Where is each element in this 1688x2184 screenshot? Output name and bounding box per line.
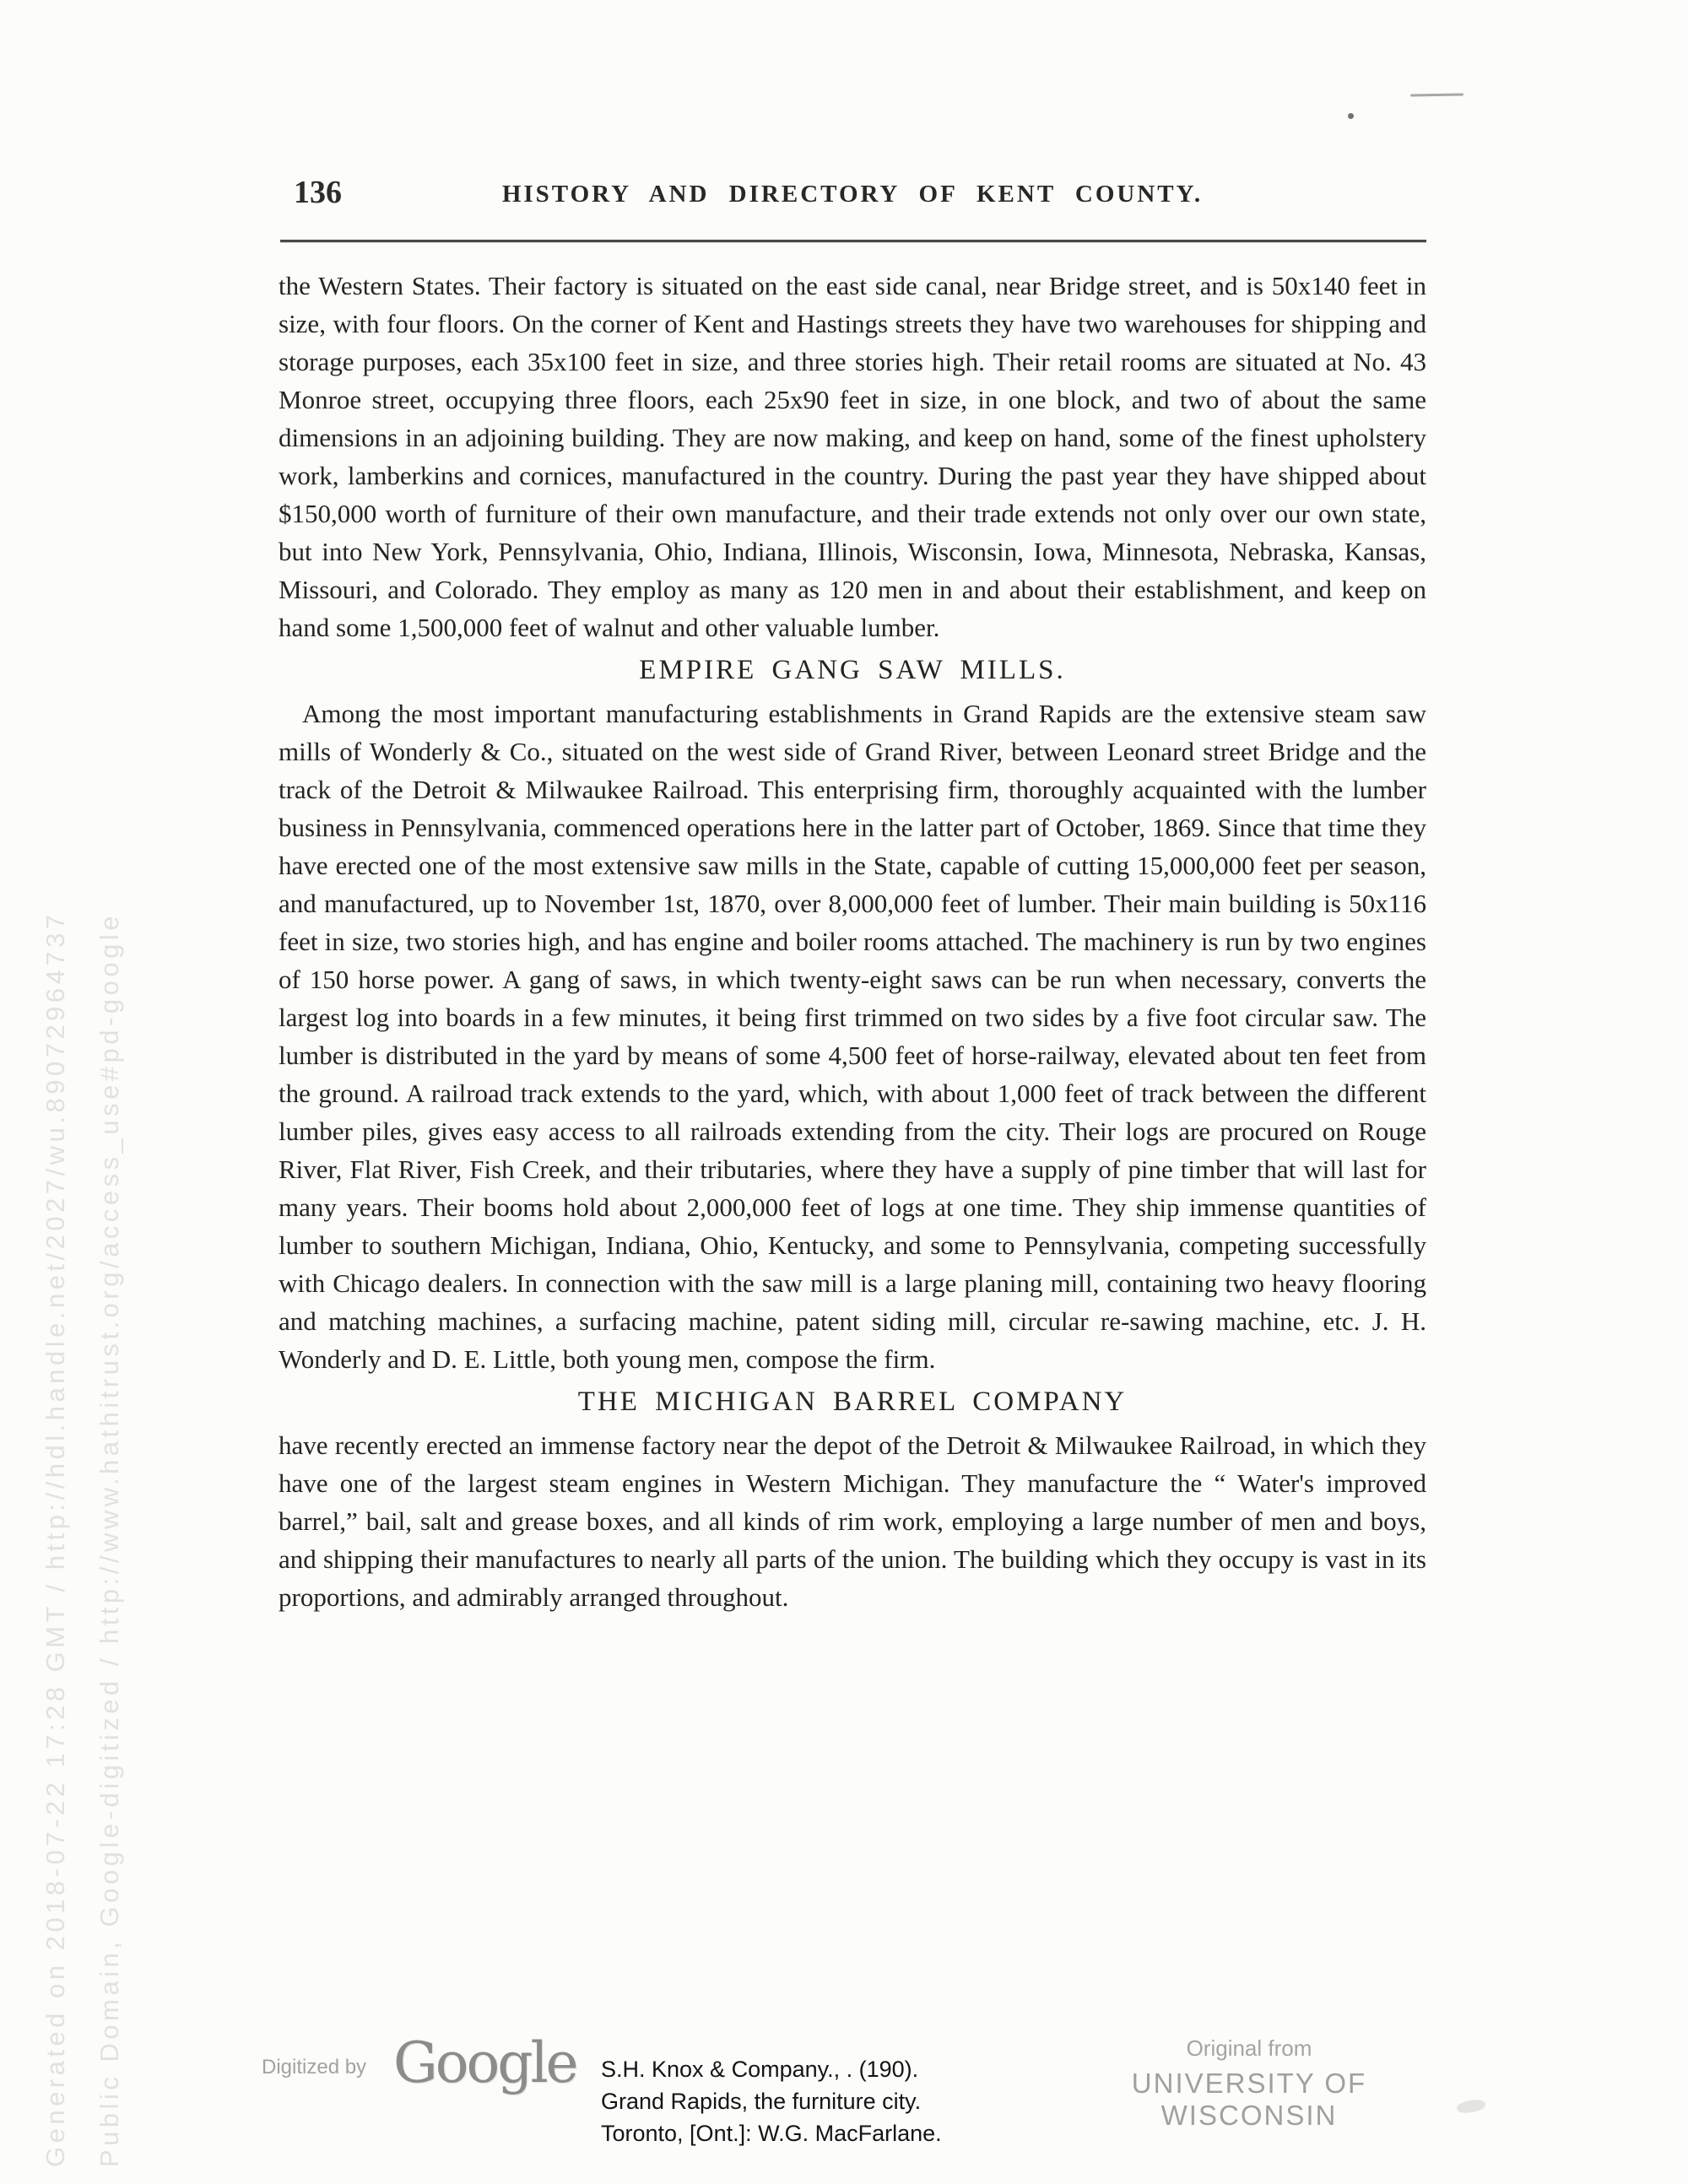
institution-name: UNIVERSITY OF WISCONSIN — [1055, 2068, 1443, 2132]
citation-line: Grand Rapids, the furniture city. — [601, 2085, 942, 2117]
scan-artifact-dot — [1348, 113, 1354, 119]
google-logo: Google — [393, 2035, 576, 2091]
paragraph-continuation: the Western States. Their factory is sit… — [279, 267, 1426, 646]
citation-line: Toronto, [Ont.]: W.G. MacFarlane. — [601, 2117, 942, 2149]
body-text-block: the Western States. Their factory is sit… — [279, 267, 1426, 1616]
original-from-label: Original from — [1055, 2035, 1443, 2062]
section-heading-michigan-barrel-company: THE MICHIGAN BARREL COMPANY — [279, 1383, 1426, 1421]
scan-artifact-dash — [1410, 93, 1463, 96]
running-header-title: HISTORY AND DIRECTORY OF KENT COUNTY. — [279, 181, 1426, 208]
watermark-generated-line: Generated on 2018-07-22 17:28 GMT / http… — [41, 911, 71, 2167]
watermark-rights-line: Public Domain, Google-digitized / http:/… — [95, 912, 125, 2167]
digitized-by-label: Digitized by — [262, 2056, 366, 2079]
scanned-book-page: Generated on 2018-07-22 17:28 GMT / http… — [0, 0, 1688, 2184]
paragraph-michigan-barrel-company: have recently erected an immense factory… — [279, 1426, 1426, 1616]
section-heading-empire-gang-saw-mills: EMPIRE GANG SAW MILLS. — [279, 651, 1426, 689]
paragraph-empire-gang-saw-mills: Among the most important manufacturing e… — [279, 695, 1426, 1378]
header-rule — [280, 240, 1426, 242]
citation-block: S.H. Knox & Company., . (190). Grand Rap… — [601, 2053, 942, 2149]
citation-line: S.H. Knox & Company., . (190). — [601, 2053, 942, 2085]
scan-artifact-smudge — [1456, 2098, 1486, 2115]
original-from-block: Original from UNIVERSITY OF WISCONSIN — [1055, 2035, 1443, 2132]
